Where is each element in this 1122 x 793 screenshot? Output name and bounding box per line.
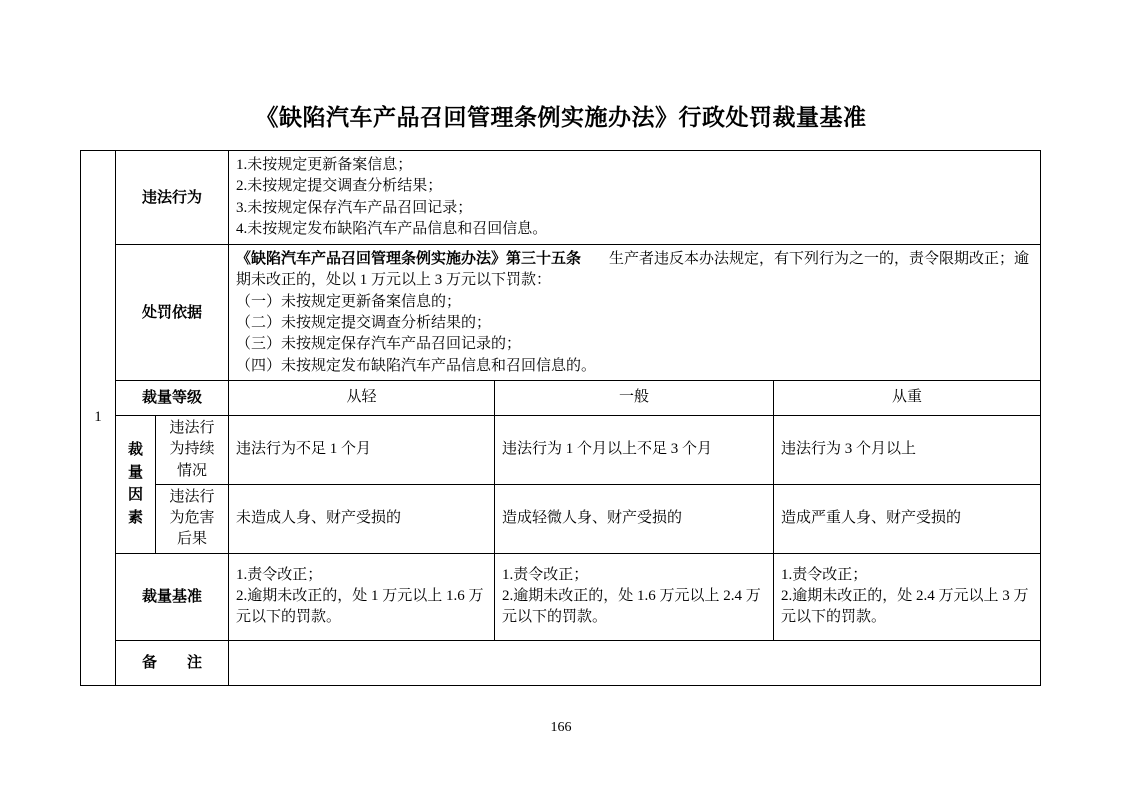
page-title: 《缺陷汽车产品召回管理条例实施办法》行政处罚裁量基准 bbox=[0, 99, 1122, 132]
penalty-basis-content: 《缺陷汽车产品召回管理条例实施办法》第三十五条生产者违反本办法规定，有下列行为之… bbox=[229, 245, 1041, 381]
remarks-label: 备 注 bbox=[116, 640, 229, 685]
level-column-general: 一般 bbox=[495, 381, 774, 416]
discretion-factors-label-text: 裁量因素 bbox=[127, 439, 144, 529]
discretion-factors-label: 裁量因素 bbox=[116, 416, 156, 554]
level-column-light: 从轻 bbox=[229, 381, 495, 416]
table-row: 备 注 bbox=[81, 640, 1041, 685]
standard-heavy: 1.责令改正； 2.逾期未改正的，处 2.4 万元以上 3 万元以下的罚款。 bbox=[774, 553, 1041, 640]
standard-general: 1.责令改正； 2.逾期未改正的，处 1.6 万元以上 2.4 万元以下的罚款。 bbox=[495, 553, 774, 640]
page-number: 166 bbox=[0, 720, 1122, 736]
factor-duration-general: 违法行为 1 个月以上不足 3 个月 bbox=[495, 416, 774, 485]
penalty-standards-table: 1 违法行为 1.未按规定更新备案信息； 2.未按规定提交调查分析结果； 3.未… bbox=[80, 150, 1041, 686]
level-column-heavy: 从重 bbox=[774, 381, 1041, 416]
table-row: 裁量因素 违法行为持续情况 违法行为不足 1 个月 违法行为 1 个月以上不足 … bbox=[81, 416, 1041, 485]
penalty-basis-label: 处罚依据 bbox=[116, 245, 229, 381]
penalty-basis-items: （一）未按规定更新备案信息的； （二）未按规定提交调查分析结果的； （三）未按规… bbox=[236, 292, 1033, 377]
penalty-basis-intro: 《缺陷汽车产品召回管理条例实施办法》第三十五条生产者违反本办法规定，有下列行为之… bbox=[236, 248, 1033, 292]
case-number-cell: 1 bbox=[81, 151, 116, 686]
illegal-behavior-content: 1.未按规定更新备案信息； 2.未按规定提交调查分析结果； 3.未按规定保存汽车… bbox=[229, 151, 1041, 245]
penalty-basis-citation: 《缺陷汽车产品召回管理条例实施办法》第三十五条 bbox=[236, 250, 581, 267]
remarks-content bbox=[229, 640, 1041, 685]
factor-duration-label: 违法行为持续情况 bbox=[156, 416, 229, 485]
factor-consequence-light: 未造成人身、财产受损的 bbox=[229, 484, 495, 553]
factor-duration-light: 违法行为不足 1 个月 bbox=[229, 416, 495, 485]
table-row: 1 违法行为 1.未按规定更新备案信息； 2.未按规定提交调查分析结果； 3.未… bbox=[81, 151, 1041, 245]
factor-consequence-general: 造成轻微人身、财产受损的 bbox=[495, 484, 774, 553]
factor-duration-heavy: 违法行为 3 个月以上 bbox=[774, 416, 1041, 485]
table-row: 处罚依据 《缺陷汽车产品召回管理条例实施办法》第三十五条生产者违反本办法规定，有… bbox=[81, 245, 1041, 381]
factor-consequence-label: 违法行为危害后果 bbox=[156, 484, 229, 553]
discretion-level-label: 裁量等级 bbox=[116, 381, 229, 416]
table-row: 裁量基准 1.责令改正； 2.逾期未改正的，处 1 万元以上 1.6 万元以下的… bbox=[81, 553, 1041, 640]
standard-light: 1.责令改正； 2.逾期未改正的，处 1 万元以上 1.6 万元以下的罚款。 bbox=[229, 553, 495, 640]
discretion-standard-label: 裁量基准 bbox=[116, 553, 229, 640]
table-row: 裁量等级 从轻 一般 从重 bbox=[81, 381, 1041, 416]
illegal-behavior-label: 违法行为 bbox=[116, 151, 229, 245]
table-row: 违法行为危害后果 未造成人身、财产受损的 造成轻微人身、财产受损的 造成严重人身… bbox=[81, 484, 1041, 553]
factor-consequence-heavy: 造成严重人身、财产受损的 bbox=[774, 484, 1041, 553]
